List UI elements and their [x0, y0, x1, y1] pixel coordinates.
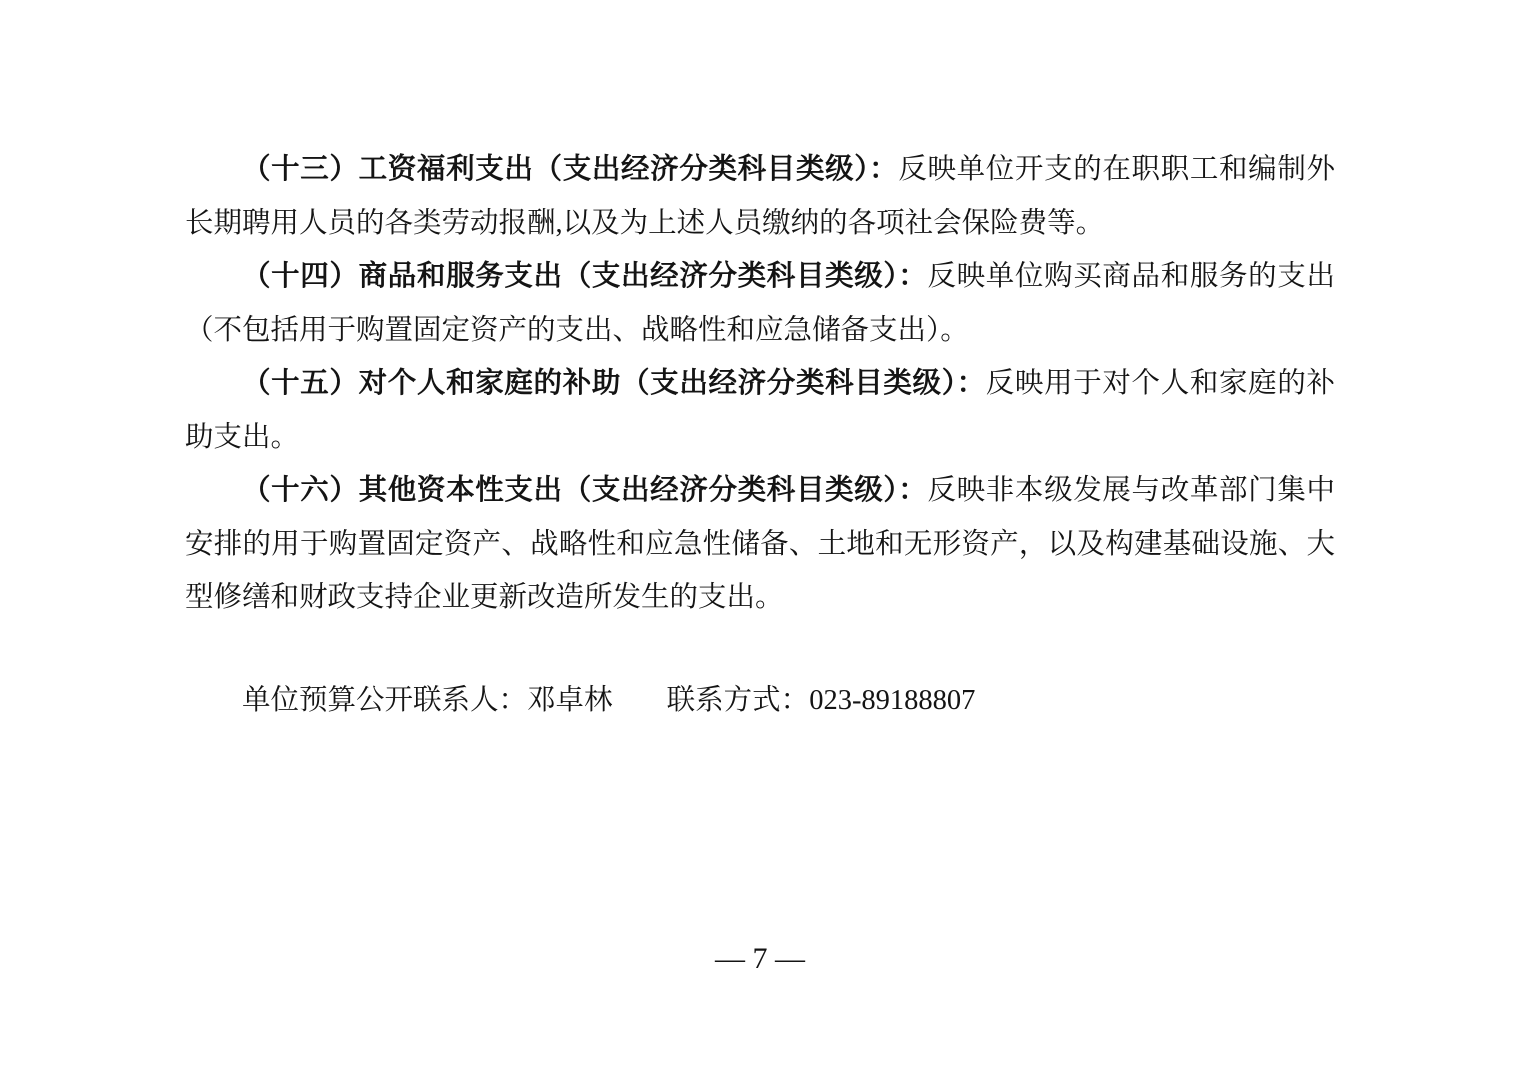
document-page: （十三）工资福利支出（支出经济分类科目类级）：反映单位开支的在职职工和编制外长期… — [0, 0, 1520, 1074]
contact-method-label: 联系方式： — [667, 685, 810, 716]
paragraph-heading: （十六）其他资本性支出（支出经济分类科目类级）： — [242, 475, 927, 506]
paragraph-heading: （十五）对个人和家庭的补助（支出经济分类科目类级）： — [242, 368, 986, 399]
document-text-block: （十三）工资福利支出（支出经济分类科目类级）：反映单位开支的在职职工和编制外长期… — [185, 143, 1335, 727]
contact-name: 邓卓林 — [527, 685, 613, 716]
paragraph-item-13: （十三）工资福利支出（支出经济分类科目类级）：反映单位开支的在职职工和编制外长期… — [185, 143, 1335, 250]
paragraph-heading: （十三）工资福利支出（支出经济分类科目类级）： — [242, 154, 898, 185]
contact-label: 单位预算公开联系人： — [242, 685, 527, 716]
paragraph-item-15: （十五）对个人和家庭的补助（支出经济分类科目类级）：反映用于对个人和家庭的补助支… — [185, 357, 1335, 464]
page-number: — 7 — — [0, 938, 1520, 980]
paragraph-heading: （十四）商品和服务支出（支出经济分类科目类级）： — [242, 261, 927, 292]
paragraph-item-16: （十六）其他资本性支出（支出经济分类科目类级）：反映非本级发展与改革部门集中安排… — [185, 464, 1335, 625]
contact-line: 单位预算公开联系人：邓卓林联系方式：023-89188807 — [185, 674, 1335, 728]
paragraph-item-14: （十四）商品和服务支出（支出经济分类科目类级）：反映单位购买商品和服务的支出（不… — [185, 250, 1335, 357]
contact-phone: 023-89188807 — [809, 685, 975, 716]
